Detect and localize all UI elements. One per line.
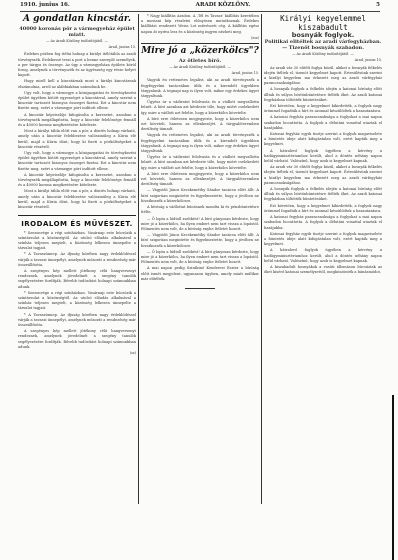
end-rule [185, 288, 215, 289]
paragraph: Ezt követően, hogy a kegyelmet kihirdett… [264, 204, 382, 214]
paragraph: A szegényes kép mellett jótékony célú ha… [18, 269, 136, 290]
column-1: A gondatlan kincstár. 40000 koronás pör … [18, 14, 136, 358]
page-edge-shadow [392, 395, 394, 560]
article-subheadline: 40000 koronás pör a vármegyeház épület m… [18, 26, 136, 38]
paragraph: — Ő lopta a lúdtoll zsebkést! A bíró gún… [141, 250, 259, 266]
article-byline: — Az Aradi Közlöny tudósítójától. — [264, 52, 382, 57]
issue-date: 1910. junius 16. [20, 2, 70, 11]
article-headline: A gondatlan kincstár. [18, 14, 136, 25]
paragraph: Katonai fegyház egyik tisztje szerint a … [264, 232, 382, 248]
article-byline: — Az Aradi Közlöny tudósítójától. — [141, 65, 259, 70]
paragraph: A katonai fegyház parancsnoksága a fogly… [264, 215, 382, 231]
page-header: 1910. junius 16. ARADI KÖZLÖNY. 5 [20, 2, 380, 12]
paragraph: Ügyész úr a vádiratot felolvasta és a vá… [141, 100, 259, 116]
paragraph: Az aradi vár 30 elitélt foglya közül, ak… [264, 66, 382, 87]
paragraph: Most a királyi tábla előtt van a pör, a … [18, 129, 136, 150]
paragraph: A katonai fegyház parancsnoksága a fogly… [264, 115, 382, 131]
paragraph: Ugy volt, hogy a vármegye a közigazgatás… [18, 91, 136, 112]
paragraph: Hogy miről kell a kincstárnak most a kir… [18, 79, 136, 89]
paragraph: * A Tavaszünnep. Az ifjuság körében nagy… [18, 313, 136, 329]
article-headline: Mire jó a „közerkölcs"? [141, 46, 259, 57]
section-divider [18, 215, 136, 216]
paragraph: — Vágyódó János Kecskeméthy Sándor tanác… [141, 233, 259, 249]
article-headline: Királyi kegyelemmel kiszabadult [264, 14, 382, 32]
newspaper-title: ARADI KÖZLÖNY. [196, 2, 251, 11]
article-dateline: Arad, junius 15. [264, 58, 382, 63]
paragraph: A bosnyák foglyok a felkelés idején a ka… [264, 187, 382, 203]
paragraph: A mai napon pedig Szirákiné Kenderesi Es… [141, 266, 259, 282]
signoff: (ssz) [141, 36, 259, 41]
paragraph: Ügyész úr a vádiratot felolvasta és a vá… [141, 155, 259, 171]
paragraph: * Szezonvége a régi színházban. Vasárnap… [18, 231, 136, 252]
signoff: (sz) [18, 351, 136, 356]
paragraph: A hátralevő foglyok ügyében a kérvény a … [264, 248, 382, 264]
paragraph: Ugy volt, hogy a vármegye a közigazgatás… [18, 151, 136, 172]
paragraph: Az aradi vár 30 elitélt foglya közül, ak… [264, 165, 382, 186]
divider [141, 43, 259, 44]
paragraph: — Ő lopta a lúdtoll zsebkést! A bíró gún… [141, 217, 259, 233]
paragraph: A kincstár képviselője kifogásolta a ker… [18, 173, 136, 189]
column-divider [261, 14, 262, 504]
column-divider [138, 14, 139, 504]
paragraph: A kiszabadult bosnyákok a vasúti állomás… [264, 265, 382, 275]
column-3: Királyi kegyelemmel kiszabadult bosnyák … [264, 14, 382, 276]
paragraph: Most a királyi tábla előtt van a pör, a … [18, 189, 136, 210]
paragraph: * Szezonvége a régi színházban. Vasárnap… [18, 291, 136, 312]
paragraph: A bíróság a vádlottat bűnösnek mondta ki… [141, 205, 259, 215]
paragraph: — Vágyódó János Kecskeméthy Sándor tanác… [141, 188, 259, 204]
paragraph: Katonai fegyház egyik tisztje szerint a … [264, 132, 382, 148]
article-subheadline: Politikai elitéltek az aradi várfegyházb… [264, 39, 382, 51]
paragraph: * Nagy kiállítás Aradon. A ,Tél és Tavas… [141, 14, 259, 35]
article-dateline: Arad, junius 15. [141, 71, 259, 76]
article-dateline: Arad, junius 15. [18, 45, 136, 50]
paragraph: Ezt követően, hogy a kegyelmet kihirdett… [264, 104, 382, 114]
paragraph: * A Tavaszünnep. Az ifjuság körében nagy… [18, 252, 136, 268]
article-headline-line2: bosnyák foglyok. [264, 33, 382, 38]
page-number: 5 [376, 2, 380, 11]
paragraph: A bíró erre ötletesen megjegyezte, hogy … [141, 117, 259, 133]
paragraph: A kincstár képviselője kifogásolta a ker… [18, 113, 136, 129]
paragraph: A hátralevő foglyok ügyében a kérvény a … [264, 149, 382, 165]
paragraph: Érdekes pörben fog itélni holnap a királ… [18, 52, 136, 78]
paragraph: Vagyok én rettenetes legalist, aki az ar… [141, 133, 259, 154]
column-2: * Nagy kiállítás Aradon. A ,Tél és Tavas… [141, 14, 259, 295]
paragraph: A bíró erre ötletesen megjegyezte, hogy … [141, 172, 259, 188]
section-title: IRODALOM ÉS MŰVÉSZET. [18, 222, 136, 227]
paragraph: Vagyok én rettenetes legalist, aki az ar… [141, 78, 259, 99]
paragraph: A szegényes kép mellett jótékony célú ha… [18, 329, 136, 350]
paragraph: A bosnyák foglyok a felkelés idején a ka… [264, 87, 382, 103]
article-byline: — Az Aradi Közlöny tudósítójától. — [18, 39, 136, 44]
article-subheadline: Az ötletes bíró. [141, 58, 259, 64]
